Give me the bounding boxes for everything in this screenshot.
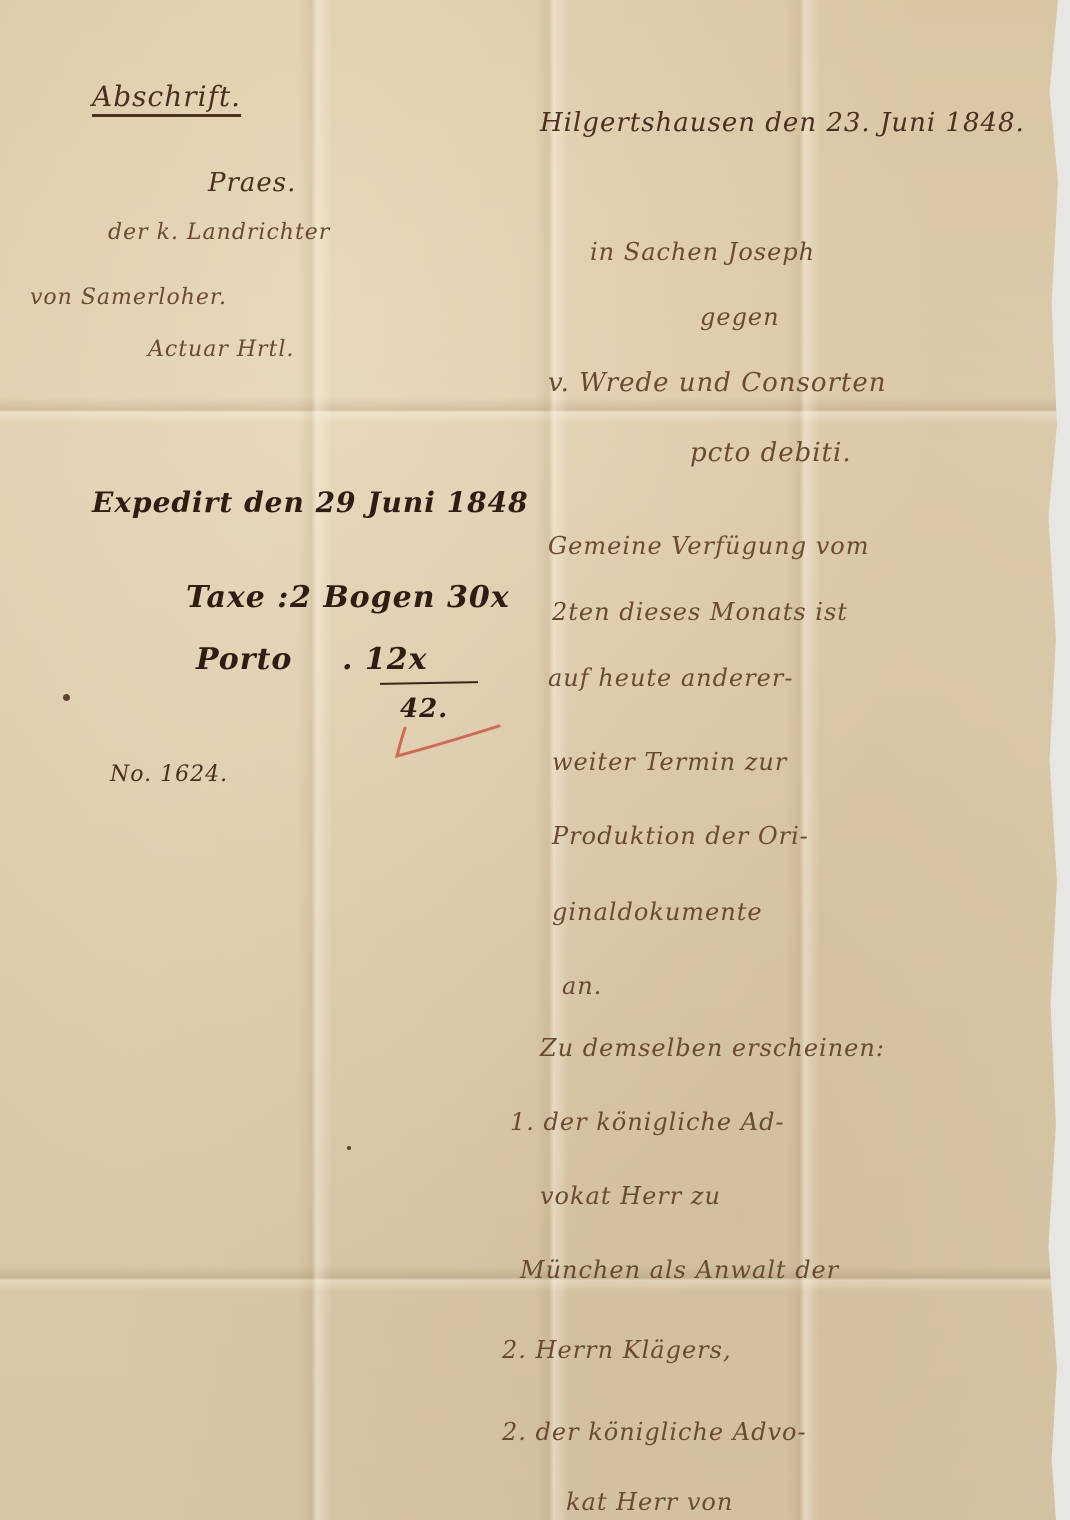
body-line-14: kat Herr von (566, 1488, 733, 1516)
ink-spot (347, 1146, 351, 1150)
header-left-line2: von Samerloher. (30, 285, 227, 310)
header-left-line1: der k. Landrichter (108, 220, 330, 245)
body-line-10: vokat Herr zu (540, 1182, 721, 1210)
ink-spot (63, 694, 70, 701)
header-left-line3: Actuar Hrtl. (148, 337, 294, 362)
body-line-9: 1. der königliche Ad- (510, 1108, 785, 1136)
body-line-12: 2. Herrn Klägers, (502, 1336, 732, 1364)
sum-line (380, 681, 478, 685)
body-line-7: an. (562, 972, 602, 1000)
case-line4: pcto debiti. (690, 438, 852, 468)
body-line-3: auf heute anderer- (548, 664, 793, 692)
case-line1: in Sachen Joseph (590, 238, 815, 266)
total-value: 42. (400, 694, 448, 724)
case-line3: v. Wrede und Consorten (548, 368, 887, 398)
taxe-label: Taxe : (186, 580, 289, 615)
body-line-11: München als Anwalt der (520, 1256, 839, 1284)
body-line-8: Zu demselben erscheinen: (540, 1034, 885, 1062)
praes-label: Praes. (208, 168, 296, 198)
expedition-date: Expedirt den 29 Juni 1848 (92, 486, 529, 519)
body-line-4: weiter Termin zur (552, 748, 787, 776)
taxe-value: 2 Bogen 30x (290, 580, 510, 615)
horizontal-fold (0, 398, 1058, 424)
case-line2: gegen (700, 303, 780, 331)
porto-value: . 12x (342, 642, 428, 677)
body-line-6: ginaldokumente (552, 898, 763, 926)
document-title: Abschrift. (92, 80, 241, 113)
vertical-fold (786, 0, 820, 1520)
place-date: Hilgertshausen den 23. Juni 1848. (540, 108, 1025, 138)
body-line-5: Produktion der Ori- (552, 822, 809, 850)
body-line-13: 2. der königliche Advo- (502, 1418, 807, 1446)
red-check-mark-icon (395, 722, 505, 762)
porto-label: Porto (196, 642, 292, 677)
body-line-2: 2ten dieses Monats ist (552, 598, 848, 626)
body-line-1: Gemeine Verfügung vom (548, 532, 869, 560)
document-sheet: Abschrift. Praes. der k. Landrichter von… (0, 0, 1058, 1520)
document-number: No. 1624. (110, 762, 228, 787)
